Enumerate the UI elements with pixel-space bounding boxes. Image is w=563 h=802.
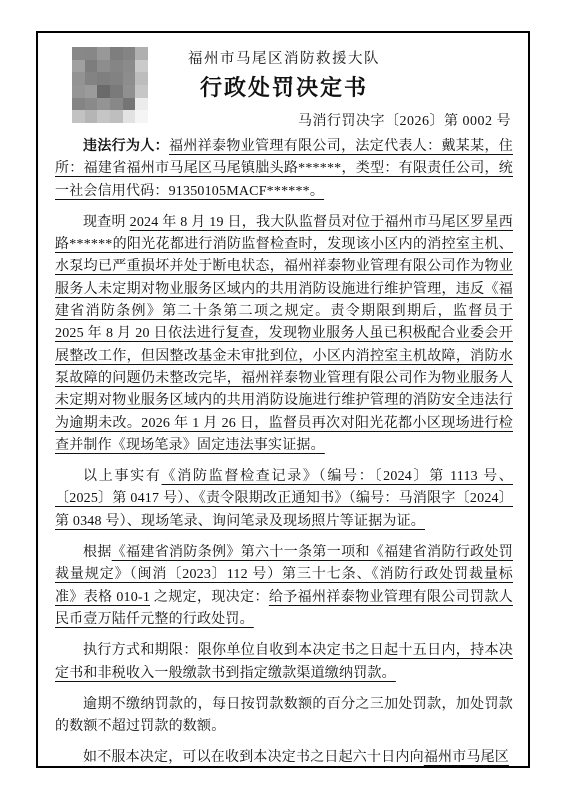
mosaic-cell xyxy=(85,98,98,111)
mosaic-cell xyxy=(85,85,98,98)
mosaic-cell xyxy=(110,60,123,73)
text-segment: 之规定，现决定： xyxy=(150,590,269,605)
paragraph: 现查明 2024 年 8 月 19 日，我大队监督员对位于福州市马尾区罗星西路*… xyxy=(55,212,513,457)
page-border: 福州市马尾区消防救援大队 行政处罚决定书 马消行罚决字〔2026〕第 0002 … xyxy=(36,31,530,768)
mosaic-cell xyxy=(72,98,85,111)
mosaic-cell xyxy=(135,60,148,73)
paragraph: 根据《福建省消防条例》第六十一条第一项和《福建省消防行政处罚裁量规定》（闽消〔2… xyxy=(55,542,513,631)
paragraph: 如不服本决定，可以在收到本决定书之日起六十日内向福州市马尾区 xyxy=(55,747,513,768)
mosaic-cell xyxy=(135,85,148,98)
underlined-text: 福州市马尾区 xyxy=(424,750,509,765)
mosaic-cell xyxy=(97,60,110,73)
text-segment: 根据 xyxy=(83,545,112,560)
mosaic-cell xyxy=(85,110,98,123)
paragraph: 违法行为人：福州祥泰物业管理有限公司，法定代表人：戴某某，住所：福建省福州市马尾… xyxy=(55,136,513,203)
mosaic-cell xyxy=(110,85,123,98)
paragraph: 执行方式和期限：限你单位自收到本决定书之日起十五日内，持本决定书和非税收入一般缴… xyxy=(55,640,513,685)
mosaic-cell xyxy=(97,110,110,123)
text-segment: 现查明 xyxy=(83,215,130,230)
mosaic-cell xyxy=(72,85,85,98)
mosaic-cell xyxy=(123,72,136,85)
mosaic-cell xyxy=(123,98,136,111)
mosaic-cell xyxy=(135,72,148,85)
mosaic-cell xyxy=(123,85,136,98)
mosaic-cell xyxy=(85,47,98,60)
mosaic-cell xyxy=(110,98,123,111)
mosaic-cell xyxy=(123,110,136,123)
text-segment: 违法行为人： xyxy=(83,139,169,154)
mosaic-cell xyxy=(72,60,85,73)
mosaic-cell xyxy=(110,47,123,60)
document-page: 福州市马尾区消防救援大队 行政处罚决定书 马消行罚决字〔2026〕第 0002 … xyxy=(0,0,563,802)
mosaic-cell xyxy=(110,72,123,85)
paragraph: 逾期不缴纳罚款的，每日按罚款数额的百分之三加处罚款，加处罚款的数额不超过罚款的数… xyxy=(55,694,513,739)
mosaic-cell xyxy=(135,98,148,111)
paragraph: 以上事实有《消防监督检查记录》（编号：〔2024〕第 1113 号、〔2025〕… xyxy=(55,466,513,533)
mosaic-cell xyxy=(135,47,148,60)
underlined-text: 2024 年 8 月 19 日，我大队监督员对位于福州市马尾区罗星西路*****… xyxy=(55,215,513,453)
mosaic-cell xyxy=(123,60,136,73)
mosaic-cell xyxy=(97,85,110,98)
text-segment: 执行方式和期限： xyxy=(83,643,198,658)
mosaic-cell xyxy=(97,47,110,60)
mosaic-cell xyxy=(85,72,98,85)
document-body: 违法行为人：福州祥泰物业管理有限公司，法定代表人：戴某某，住所：福建省福州市马尾… xyxy=(55,136,513,768)
mosaic-cell xyxy=(72,110,85,123)
mosaic-cell xyxy=(110,110,123,123)
mosaic-cell xyxy=(72,72,85,85)
text-segment: 如不服本决定，可以在收到本决定书之日起六十日内向 xyxy=(83,750,424,765)
mosaic-cell xyxy=(97,98,110,111)
text-segment: 以上事实有 xyxy=(83,469,162,484)
mosaic-cell xyxy=(97,72,110,85)
mosaic-cell xyxy=(85,60,98,73)
text-segment: 逾期不缴纳罚款的，每日按罚款数额的百分之三加处罚款，加处罚款的数额不超过罚款的数… xyxy=(55,697,513,734)
redacted-stamp-mosaic xyxy=(72,47,148,123)
mosaic-cell xyxy=(135,110,148,123)
mosaic-cell xyxy=(72,47,85,60)
mosaic-cell xyxy=(123,47,136,60)
